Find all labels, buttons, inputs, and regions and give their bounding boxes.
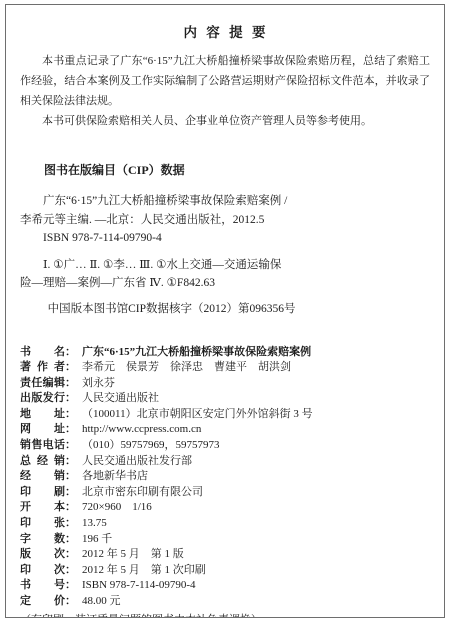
colophon-row-colon: ： (65, 391, 76, 407)
colophon-section: 书名： 广东“6·15”九江大桥船撞桥梁事故保险索赔案例 著作者： 李希元 侯景… (20, 345, 430, 619)
page-border: 内 容 提 要 本书重点记录了广东“6·15”九江大桥船撞桥梁事故保险索赔历程，… (5, 4, 445, 618)
colophon-row: 书号： ISBN 978-7-114-09790-4 (20, 578, 430, 594)
summary-title: 内 容 提 要 (20, 21, 430, 41)
colophon-row-value: 人民交通出版社 (82, 391, 159, 407)
colophon-row: 印次： 2012 年 5 月 第 1 次印刷 (20, 563, 430, 579)
colophon-row: 网址： http://www.ccpress.com.cn (20, 422, 430, 438)
colophon-row: 版次： 2012 年 5 月 第 1 版 (20, 547, 430, 563)
summary-paragraph-2: 本书可供保险索赔相关人员、企事业单位资产管理人员等参考使用。 (20, 111, 430, 131)
colophon-row-colon: ： (65, 454, 76, 470)
cip-description: 广东“6·15”九江大桥船撞桥梁事故保险索赔案例 / 李希元等主编. —北京：人… (20, 192, 430, 248)
colophon-row-label: 经销 (20, 469, 65, 485)
cip-record-number: 中国版本图书馆CIP数据核字（2012）第096356号 (20, 300, 430, 318)
cip-class-line-2: 险—理赔—案例—广东省 Ⅳ. ①F842.63 (20, 274, 430, 293)
colophon-row-value: 北京市密东印刷有限公司 (82, 485, 203, 501)
colophon-row-colon: ： (65, 578, 76, 594)
content-summary-section: 内 容 提 要 本书重点记录了广东“6·15”九江大桥船撞桥梁事故保险索赔历程，… (20, 21, 430, 131)
colophon-row-value: （010）59757969，59757973 (82, 438, 220, 454)
colophon-row-value: 196 千 (82, 532, 112, 548)
colophon-row-value: （100011）北京市朝阳区安定门外外馆斜街 3 号 (82, 407, 313, 423)
colophon-row: 定价： 48.00 元 (20, 594, 430, 610)
colophon-row-value: 各地新华书店 (82, 469, 148, 485)
cip-class-line-1: Ⅰ. ①广… Ⅱ. ①李… Ⅲ. ①水上交通—交通运输保 (20, 256, 430, 275)
colophon-row-label: 出版发行 (20, 391, 65, 407)
colophon-row: 销售电话： （010）59757969，59757973 (20, 438, 430, 454)
colophon-row-value: 48.00 元 (82, 594, 121, 610)
colophon-row-colon: ： (65, 485, 76, 501)
colophon-row-value: 刘永芬 (82, 376, 115, 392)
colophon-row-label: 字数 (20, 532, 65, 548)
colophon-row-label: 著作者 (20, 360, 65, 376)
colophon-row-label: 总经销 (20, 454, 65, 470)
colophon-row-label: 网址 (20, 422, 65, 438)
colophon-row-colon: ： (65, 500, 76, 516)
colophon-row: 经销： 各地新华书店 (20, 469, 430, 485)
colophon-row: 书名： 广东“6·15”九江大桥船撞桥梁事故保险索赔案例 (20, 345, 430, 361)
colophon-row-label: 印刷 (20, 485, 65, 501)
colophon-row-value: 2012 年 5 月 第 1 次印刷 (82, 563, 206, 579)
colophon-row-colon: ： (65, 516, 76, 532)
quality-footnote: （有印刷、装订质量问题的图书由本社负责调换） (20, 613, 430, 618)
colophon-row: 印张： 13.75 (20, 516, 430, 532)
cip-title-line-2: 李希元等主编. —北京：人民交通出版社，2012.5 (20, 211, 430, 230)
colophon-row: 著作者： 李希元 侯景芳 徐泽忠 曹建平 胡洪剑 (20, 360, 430, 376)
colophon-row-label: 开本 (20, 500, 65, 516)
colophon-row: 字数： 196 千 (20, 532, 430, 548)
colophon-row-value: 广东“6·15”九江大桥船撞桥梁事故保险索赔案例 (82, 345, 311, 361)
colophon-row-label: 印次 (20, 563, 65, 579)
colophon-row-colon: ： (65, 547, 76, 563)
colophon-rows: 书名： 广东“6·15”九江大桥船撞桥梁事故保险索赔案例 著作者： 李希元 侯景… (20, 345, 430, 610)
colophon-row: 责任编辑： 刘永芬 (20, 376, 430, 392)
colophon-row-value: 2012 年 5 月 第 1 版 (82, 547, 184, 563)
colophon-row-colon: ： (65, 594, 76, 610)
colophon-row-value: 人民交通出版社发行部 (82, 454, 192, 470)
colophon-row-colon: ： (65, 438, 76, 454)
colophon-row-colon: ： (65, 422, 76, 438)
colophon-row-value: ISBN 978-7-114-09790-4 (82, 578, 196, 594)
colophon-row-label: 版次 (20, 547, 65, 563)
colophon-row-label: 印张 (20, 516, 65, 532)
colophon-row: 出版发行： 人民交通出版社 (20, 391, 430, 407)
colophon-row-value: 13.75 (82, 516, 107, 532)
colophon-row-colon: ： (65, 563, 76, 579)
cip-classification: Ⅰ. ①广… Ⅱ. ①李… Ⅲ. ①水上交通—交通运输保 险—理赔—案例—广东省… (20, 256, 430, 293)
colophon-row-label: 定价 (20, 594, 65, 610)
cip-section: 图书在版编目（CIP）数据 广东“6·15”九江大桥船撞桥梁事故保险索赔案例 /… (20, 161, 430, 318)
colophon-row-colon: ： (65, 407, 76, 423)
colophon-row-colon: ： (65, 360, 76, 376)
colophon-row-label: 书号 (20, 578, 65, 594)
cip-isbn-line: ISBN 978-7-114-09790-4 (20, 229, 430, 248)
colophon-row-colon: ： (65, 376, 76, 392)
colophon-row: 开本： 720×960 1/16 (20, 500, 430, 516)
cip-title-line-1: 广东“6·15”九江大桥船撞桥梁事故保险索赔案例 / (20, 192, 430, 211)
colophon-row-label: 责任编辑 (20, 376, 65, 392)
colophon-row: 地址： （100011）北京市朝阳区安定门外外馆斜街 3 号 (20, 407, 430, 423)
colophon-row-label: 地址 (20, 407, 65, 423)
colophon-row: 总经销： 人民交通出版社发行部 (20, 454, 430, 470)
colophon-row-label: 书名 (20, 345, 65, 361)
colophon-row-colon: ： (65, 532, 76, 548)
colophon-row-value: 720×960 1/16 (82, 500, 152, 516)
summary-paragraph-1: 本书重点记录了广东“6·15”九江大桥船撞桥梁事故保险索赔历程，总结了索赔工作经… (20, 51, 430, 111)
colophon-row: 印刷： 北京市密东印刷有限公司 (20, 485, 430, 501)
colophon-row-value: http://www.ccpress.com.cn (82, 422, 201, 438)
colophon-row-colon: ： (65, 469, 76, 485)
colophon-row-colon: ： (65, 345, 76, 361)
colophon-row-value: 李希元 侯景芳 徐泽忠 曹建平 胡洪剑 (82, 360, 291, 376)
cip-heading: 图书在版编目（CIP）数据 (20, 161, 430, 178)
colophon-row-label: 销售电话 (20, 438, 65, 454)
